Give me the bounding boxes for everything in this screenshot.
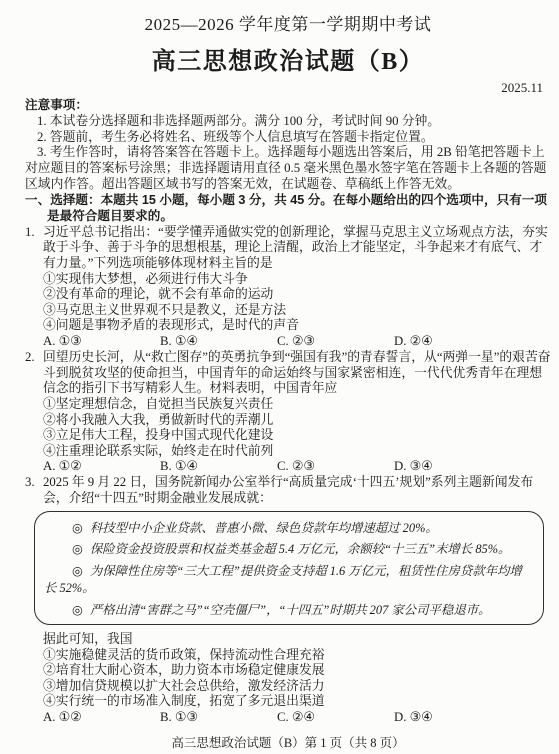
bullseye-icon: ◎ [72,542,83,556]
question-2-statement-1: ①坚定理想信念，自觉担当民族复兴责任 [25,397,551,413]
question-1-option-d: D. ②④ [394,334,433,350]
paper-title: 高三思想政治试题（B） [25,41,551,76]
question-1-statement-2: ②没有革命的理论，就不会有革命的运动 [25,287,551,303]
material-item-3-text: 为保障性住房等“三大工程”提供资金支持超 1.6 万亿元，租赁性住房贷款年均增长… [44,564,522,596]
bullseye-icon: ◎ [72,564,83,578]
material-item-4: ◎严格出清“害群之马”“空壳僵尸”，“十四五”时期共 207 家公司平稳退市。 [44,602,533,620]
question-2-options: A. ①② B. ①④ C. ②③ D. ③④ [25,459,551,475]
material-item-1: ◎科技型中小企业贷款、普惠小微、绿色贷款年均增速超过 20%。 [44,520,533,538]
question-2-option-d: D. ③④ [394,459,433,475]
question-3-options: A. ①② B. ①③ C. ②④ D. ③④ [25,710,551,726]
question-2-stem: 回望历史长河，从“救亡图存”的英勇抗争到“强国有我”的青春誓言，从“两弹一星”的… [43,350,551,396]
question-2-option-a: A. ①② [43,459,160,475]
material-item-3: ◎为保障性住房等“三大工程”提供资金支持超 1.6 万亿元，租赁性住房贷款年均增… [44,563,533,598]
question-3-option-b: B. ①③ [160,710,277,726]
notice-heading: 注意事项： [25,98,551,114]
question-3-statement-4: ④实行统一的市场准入制度，拓宽了多元退出渠道 [25,694,551,710]
page-footer: 高三思想政治试题（B）第 1 页（共 8 页） [25,733,551,751]
question-3-statement-3: ③增加信贷规模以扩大社会总供给，激发经济活力 [25,679,551,695]
question-3-followup: 据此可知，我国 [25,632,551,648]
material-item-1-text: 科技型中小企业贷款、普惠小微、绿色贷款年均增速超过 20%。 [90,521,438,535]
question-2-number: 2. [25,350,43,366]
question-1-stem: 习近平总书记指出：“要学懂弄通做实党的创新理论，掌握马克思主义立场观点方法，夯实… [43,225,548,271]
question-3-material-box: ◎科技型中小企业贷款、普惠小微、绿色贷款年均增速超过 20%。 ◎保险资金投资股… [34,511,544,626]
question-1-statement-3: ③马克思主义世界观不只是教义，还是方法 [25,303,551,319]
question-1-statement-4: ④问题是事物矛盾的表现形式，是时代的声音 [25,318,551,334]
material-item-2: ◎保险资金投资股票和权益类基金超 5.4 万亿元，余额较“十三五”末增长 85%… [44,541,533,559]
question-1-option-a: A. ①③ [43,334,160,350]
question-3-stem: 2025 年 9 月 22 日，国务院新闻办公室举行“高质量完成‘十四五’规划”… [43,475,533,505]
notice-item-1: 1. 本试卷分选择题和非选择题两部分。满分 100 分，考试时间 90 分钟。 [25,114,551,130]
question-1-option-c: C. ②③ [277,334,394,350]
bullseye-icon: ◎ [72,603,83,617]
notice-item-3: 3. 考生作答时，请将答案答在答题卡上。选择题每小题选出答案后，用 2B 铅笔把… [25,145,551,192]
question-3-statement-1: ①实施稳健灵活的货币政策，保持流动性合理充裕 [25,648,551,664]
question-3: 3.2025 年 9 月 22 日，国务院新闻办公室举行“高质量完成‘十四五’规… [25,475,551,507]
question-3-option-a: A. ①② [43,710,160,726]
exam-date: 2025.11 [25,80,543,96]
question-3-option-d: D. ③④ [394,710,433,726]
section-1-heading: 一、选择题：本题共 15 小题，每小题 3 分，共 45 分。在每小题给出的四个… [25,193,551,225]
question-1-option-b: B. ①④ [160,334,277,350]
question-2-statement-3: ③立足伟大工程，投身中国式现代化建设 [25,428,551,444]
question-2-option-b: B. ①④ [160,459,277,475]
question-2-statement-4: ④注重理论联系实际，始终走在时代前列 [25,444,551,460]
question-2-option-c: C. ②③ [277,459,394,475]
question-1-number: 1. [25,225,43,241]
question-1: 1.习近平总书记指出：“要学懂弄通做实党的创新理论，掌握马克思主义立场观点方法，… [25,225,551,272]
question-3-number: 3. [25,475,43,491]
material-item-2-text: 保险资金投资股票和权益类基金超 5.4 万亿元，余额较“十三五”末增长 85%。 [90,542,511,556]
question-2-statement-2: ②将小我融入大我，勇做新时代的弄潮儿 [25,413,551,429]
question-2: 2.回望历史长河，从“救亡图存”的英勇抗争到“强国有我”的青春誓言，从“两弹一星… [25,350,551,397]
material-item-4-text: 严格出清“害群之马”“空壳僵尸”，“十四五”时期共 207 家公司平稳退市。 [90,603,491,617]
notice-item-2: 2. 答题前，考生务必将姓名、班级等个人信息填写在答题卡指定位置。 [25,130,551,146]
bullseye-icon: ◎ [72,521,83,535]
exam-session-title: 2025—2026 学年度第一学期期中考试 [25,10,551,35]
question-1-statement-1: ①实现伟大梦想，必须进行伟大斗争 [25,272,551,288]
question-3-option-c: C. ②④ [277,710,394,726]
question-3-statement-2: ②培育壮大耐心资本，助力资本市场稳定健康发展 [25,663,551,679]
exam-page: 2025—2026 学年度第一学期期中考试 高三思想政治试题（B） 2025.1… [0,0,559,754]
question-1-options: A. ①③ B. ①④ C. ②③ D. ②④ [25,334,551,350]
